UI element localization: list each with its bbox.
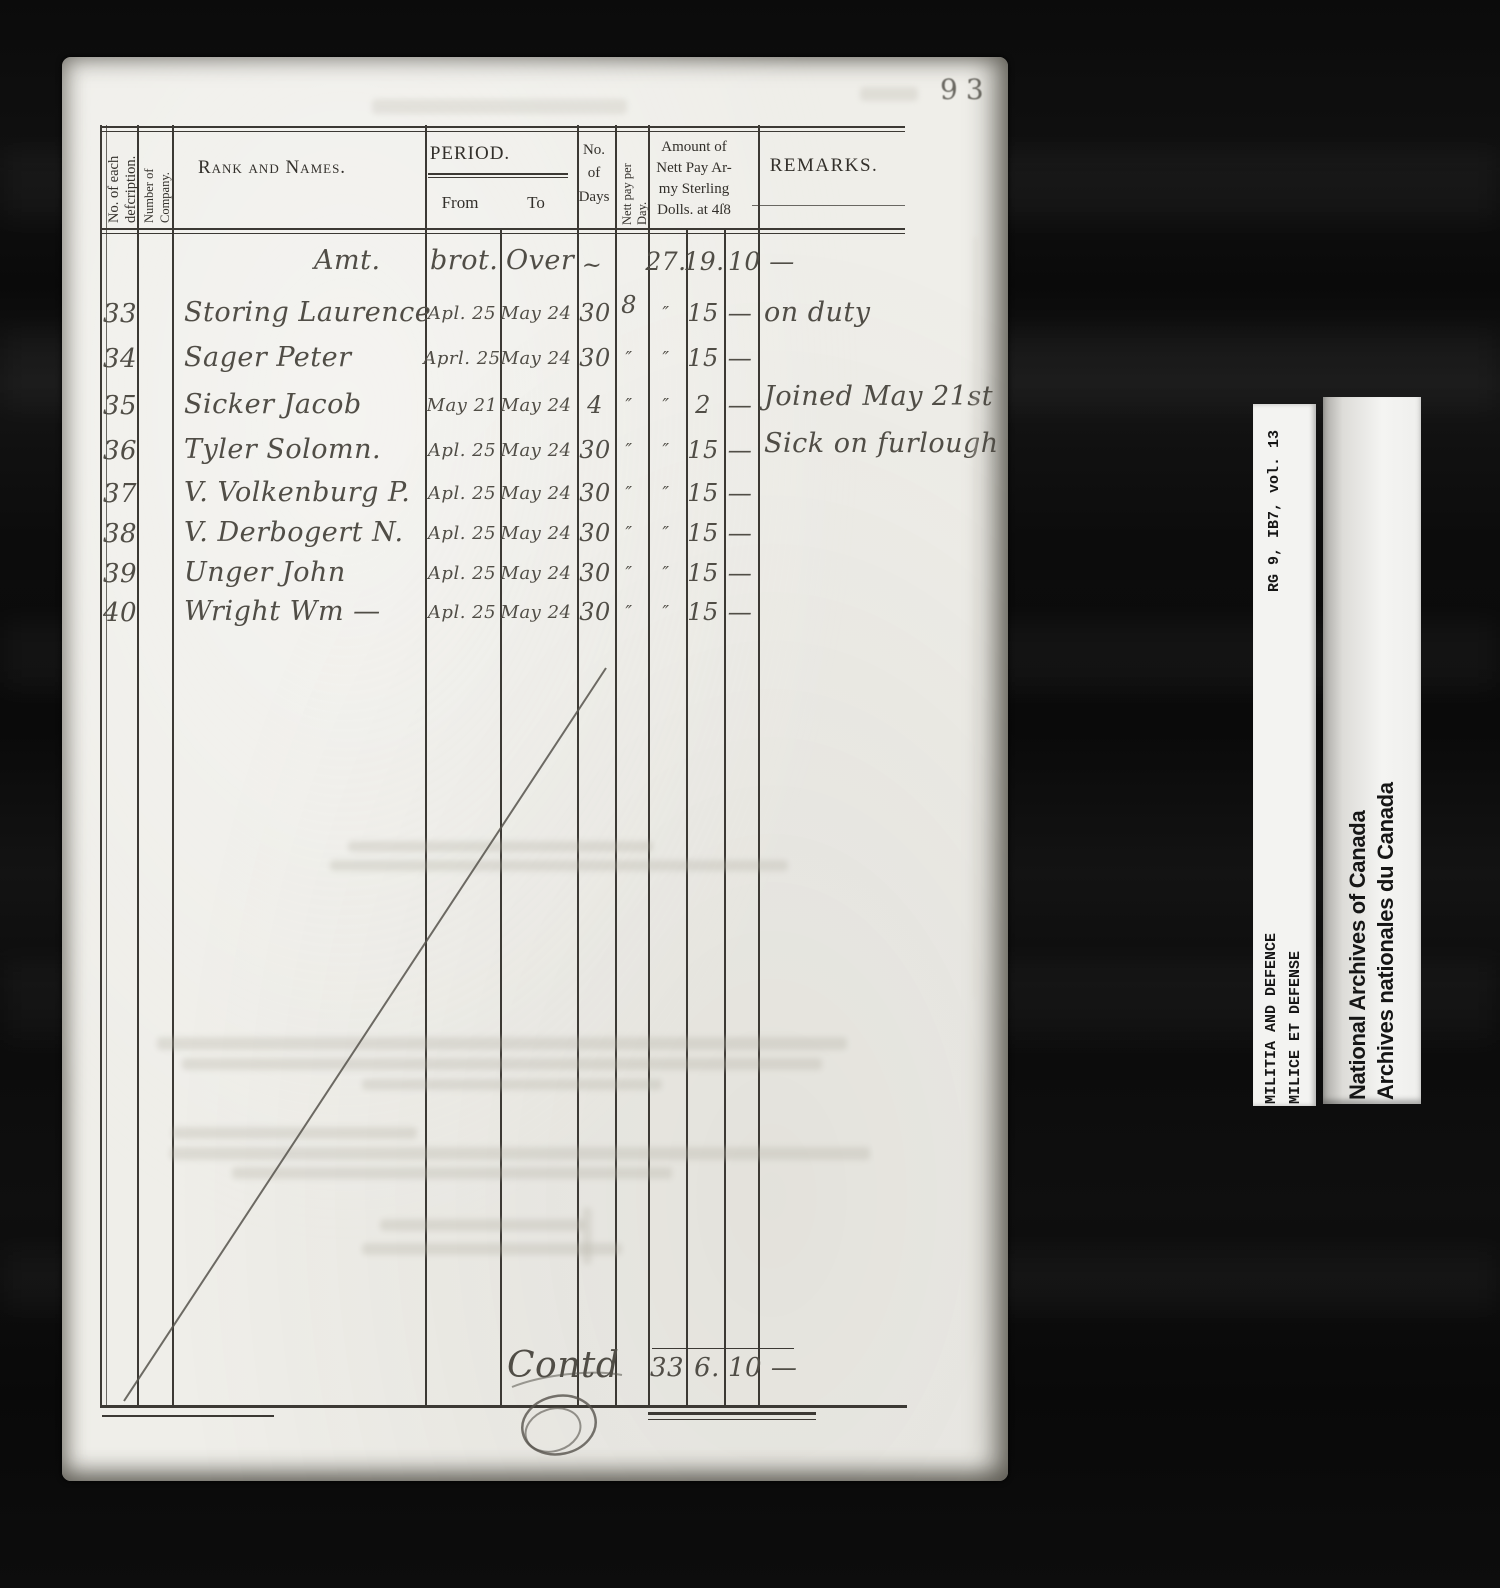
row-from: May 21 [427, 395, 498, 416]
muster-row: 33 Storing Laurence Apl. 25 May 24 30 8 … [62, 295, 1008, 341]
brought-over-pence: 10 — [728, 247, 795, 276]
header-days: No. of Days [579, 139, 610, 209]
header-company-no: Number of Company. [142, 169, 173, 224]
table-rule [648, 1419, 816, 1420]
flourish-loop-inner [520, 1401, 586, 1458]
bleedthrough-line [182, 1058, 822, 1070]
table-rule [100, 233, 905, 234]
bleedthrough-line [348, 841, 653, 852]
bleedthrough-line [157, 1037, 847, 1050]
row-rate: ″ [625, 348, 632, 369]
total-pounds: 33 [650, 1353, 684, 1383]
row-name: Storing Laurence [184, 297, 431, 328]
bleedthrough-brace [582, 1207, 592, 1265]
row-name: Wright Wm — [184, 596, 381, 627]
row-to: May 24 [501, 395, 572, 416]
row-shillings: 15 [687, 519, 719, 547]
row-days: 4 [587, 391, 603, 419]
row-days: 30 [579, 344, 611, 372]
row-rate: ″ [625, 563, 632, 584]
row-rate: ″ [625, 395, 632, 416]
row-name: Tyler Solomn. [184, 434, 381, 465]
document-page: 93 [62, 57, 1008, 1481]
row-days: 30 [579, 299, 611, 327]
row-pence: — [728, 391, 753, 419]
row-shillings: 15 [687, 598, 719, 626]
bleedthrough-line [362, 1079, 662, 1090]
row-no: 34 [103, 344, 137, 374]
row-pence: — [728, 559, 753, 587]
row-no: 35 [103, 391, 137, 421]
row-rate: ″ [625, 602, 632, 623]
row-shillings: 15 [687, 436, 719, 464]
table-rule [752, 205, 905, 206]
archive-institution-label: National Archives of Canada Archives nat… [1344, 782, 1400, 1100]
header-amount: Amount of Nett Pay Ar- my Sterling Dolls… [656, 137, 732, 221]
header-rank-names: Rank and Names. [198, 157, 346, 179]
table-rule [100, 126, 905, 128]
table-rule [102, 1415, 274, 1417]
row-pounds: ″ [662, 563, 669, 584]
total-pence: 10 — [728, 1353, 797, 1383]
row-name: V. Derbogert N. [184, 517, 404, 548]
row-no: 33 [103, 299, 137, 329]
total-shillings: 6. [694, 1353, 720, 1383]
row-pounds: ″ [662, 303, 669, 324]
ink-smudge [372, 99, 627, 114]
row-from: Apl. 25 [428, 303, 496, 324]
row-pence: — [728, 519, 753, 547]
row-pounds: ″ [662, 348, 669, 369]
row-name: Sicker Jacob [184, 389, 362, 420]
row-pence: — [728, 344, 753, 372]
table-rule [648, 1412, 816, 1415]
row-no: 36 [103, 436, 137, 466]
row-from: Apl. 25 [428, 523, 496, 544]
row-shillings: 2 [695, 391, 711, 419]
bleedthrough-line [172, 1127, 417, 1139]
row-to: May 24 [501, 563, 572, 584]
row-days: 30 [579, 598, 611, 626]
row-days: 30 [579, 436, 611, 464]
ink-smudge [860, 87, 918, 101]
archive-reference-label: RG 9, IB7, vol. 13 [1266, 430, 1283, 592]
row-from: Apl. 25 [428, 563, 496, 584]
row-no: 39 [103, 559, 137, 589]
muster-row: 36 Tyler Solomn. Apl. 25 May 24 30 ″ ″ 1… [62, 432, 1008, 478]
row-name: Sager Peter [184, 342, 352, 373]
row-rate: ″ [625, 523, 632, 544]
muster-row: 34 Sager Peter Aprl. 25 May 24 30 ″ ″ 15… [62, 340, 1008, 386]
bleedthrough-line [330, 860, 788, 871]
header-nett-pay: Nett pay per Day. [620, 163, 650, 225]
row-shillings: 15 [687, 344, 719, 372]
row-to: May 24 [501, 440, 572, 461]
row-shillings: 15 [687, 559, 719, 587]
row-pounds: ″ [662, 523, 669, 544]
table-rule [100, 131, 905, 132]
archive-department-label: MILITIA AND DEFENCE MILICE ET DEFENSE [1260, 933, 1308, 1104]
row-pounds: ″ [662, 440, 669, 461]
row-shillings: 15 [687, 299, 719, 327]
row-rate: 8 [621, 291, 637, 319]
row-from: Apl. 25 [428, 440, 496, 461]
microfilm-frame: 93 [0, 0, 1500, 1588]
brought-over-shillings: 19. [683, 247, 724, 276]
row-shillings: 15 [687, 479, 719, 507]
row-remarks: Joined May 21st [764, 381, 993, 412]
header-remarks: REMARKS. [770, 155, 879, 177]
totals-row: Contd 33 6. 10 — [62, 1345, 1008, 1405]
brought-over-row: Amt. brot. Over ~ 27. 19. 10 — [62, 243, 1008, 289]
paper-crease [974, 237, 977, 997]
row-no: 37 [103, 479, 137, 509]
header-period: PERIOD. [430, 143, 510, 165]
row-from: Apl. 25 [428, 602, 496, 623]
brought-over-days: ~ [582, 251, 603, 279]
brought-over-pounds: 27. [645, 247, 686, 276]
table-rule [428, 177, 568, 178]
continued-label: Contd [507, 1345, 619, 1386]
table-rule [428, 173, 568, 175]
table-rule [100, 228, 905, 230]
row-from: Apl. 25 [428, 483, 496, 504]
brought-over-brot: brot. [430, 245, 498, 276]
row-pence: — [728, 598, 753, 626]
row-remarks: Sick on furlough [764, 428, 999, 459]
row-days: 30 [579, 479, 611, 507]
row-rate: ″ [625, 440, 632, 461]
row-to: May 24 [501, 348, 572, 369]
header-description-no: No. of each defcription. [106, 156, 141, 223]
row-rate: ″ [625, 483, 632, 504]
row-pounds: ″ [662, 483, 669, 504]
row-remarks: on duty [764, 297, 871, 328]
row-pounds: ″ [662, 395, 669, 416]
bleedthrough-line [232, 1167, 672, 1179]
header-from: From [442, 193, 479, 213]
diagonal-strikethrough [124, 668, 606, 1401]
bleedthrough-line [170, 1147, 870, 1160]
bleedthrough-line [380, 1219, 585, 1231]
row-pence: — [728, 479, 753, 507]
row-days: 30 [579, 519, 611, 547]
row-name: V. Volkenburg P. [184, 477, 410, 508]
header-to: To [527, 193, 545, 213]
page-number-stamp: 93 [940, 73, 992, 106]
brought-over-amt: Amt. [314, 245, 381, 276]
row-to: May 24 [501, 602, 572, 623]
row-pounds: ″ [662, 602, 669, 623]
row-days: 30 [579, 559, 611, 587]
muster-row: 40 Wright Wm — Apl. 25 May 24 30 ″ ″ 15 … [62, 594, 1008, 640]
row-pence: — [728, 436, 753, 464]
row-pence: — [728, 299, 753, 327]
table-rule [100, 1405, 907, 1408]
row-name: Unger John [184, 557, 346, 588]
muster-row: 35 Sicker Jacob May 21 May 24 4 ″ ″ 2 — … [62, 387, 1008, 433]
brought-over-over: Over [506, 245, 574, 276]
row-from: Aprl. 25 [423, 348, 500, 369]
row-to: May 24 [501, 483, 572, 504]
row-to: May 24 [501, 303, 572, 324]
row-no: 38 [103, 519, 137, 549]
row-no: 40 [103, 598, 137, 628]
row-to: May 24 [501, 523, 572, 544]
